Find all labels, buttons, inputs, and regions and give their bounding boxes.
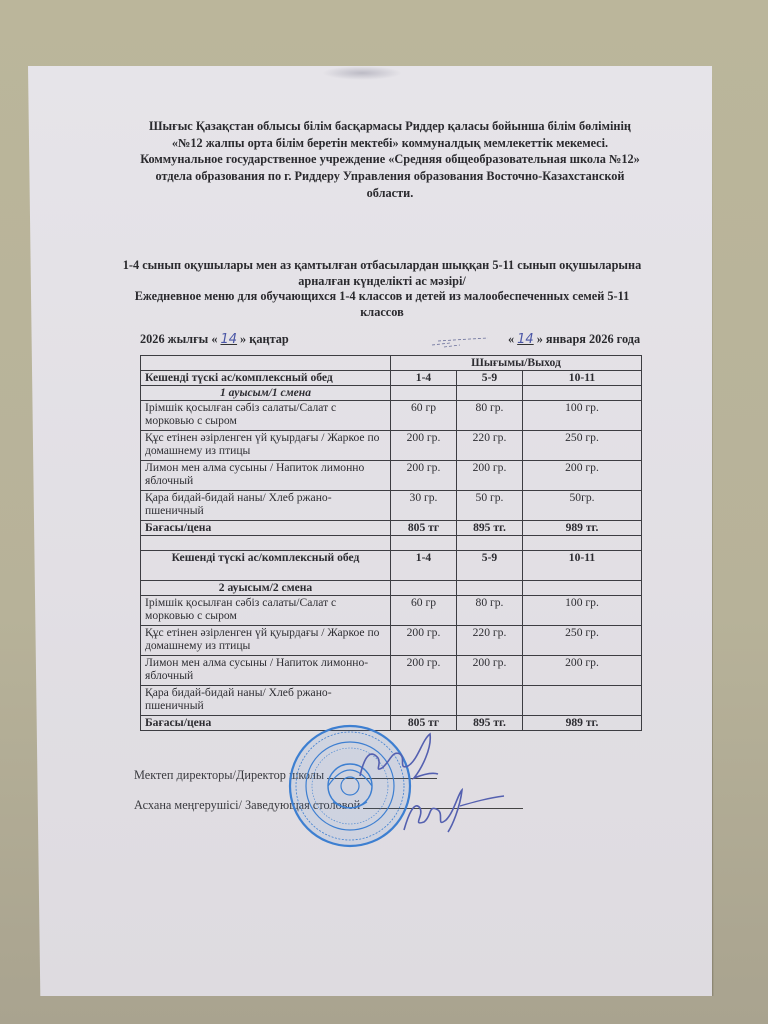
table-row: Ірімшік қосылған сәбіз салаты/Салат с мо… (141, 401, 642, 431)
meal-header: Кешенді түскі ас/комплексный обед (141, 551, 391, 581)
grade-col: 1-4 (391, 551, 457, 581)
handwritten-day: 14 (514, 332, 537, 347)
table-row: Кешенді түскі ас/комплексный обед 1-4 5-… (141, 371, 642, 386)
paper-crease-mark (322, 66, 402, 80)
grade-col: 5-9 (457, 371, 523, 386)
table-row: Лимон мен алма сусыны / Напиток лимонно-… (141, 656, 642, 686)
director-signature-icon (352, 728, 442, 786)
handwritten-day: 14 (218, 332, 241, 347)
table-header-row: Шығымы/Выход (141, 356, 642, 371)
grade-col: 10-11 (523, 371, 642, 386)
empty-cell (141, 356, 391, 371)
meal-header: Кешенді түскі ас/комплексный обед (141, 371, 391, 386)
table-row: Кешенді түскі ас/комплексный обед 1-4 5-… (141, 551, 642, 581)
header-russian: Коммунальное государственное учреждение … (140, 151, 640, 201)
pen-scribble-icon (430, 336, 490, 348)
date-russian: «14» января 2026 года (508, 332, 640, 347)
grade-col: 10-11 (523, 551, 642, 581)
date-kazakh: 2026 жылғы «14» қаңтар (140, 332, 289, 347)
table-row: Құс етінен әзірленген үй қуырдағы / Жарк… (141, 431, 642, 461)
header-kazakh: Шығыс Қазақстан облысы білім басқармасы … (140, 118, 640, 151)
title-kazakh: 1-4 сынып оқушылары мен аз қамтылған отб… (112, 258, 652, 289)
table-row: Қара бидай-бидай наны/ Хлеб ржано-пшенич… (141, 491, 642, 521)
grade-col: 5-9 (457, 551, 523, 581)
price-row: Бағасы/цена 805 тг 895 тг. 989 тг. (141, 521, 642, 536)
table-row: Лимон мен алма сусыны / Напиток лимонно … (141, 461, 642, 491)
date-suffix: » января 2026 года (537, 332, 640, 346)
date-prefix: 2026 жылғы « (140, 332, 218, 346)
output-header: Шығымы/Выход (391, 356, 642, 371)
grade-col: 1-4 (391, 371, 457, 386)
table-row: Ірімшік қосылған сәбіз салаты/Салат с мо… (141, 596, 642, 626)
table-row: Қара бидай-бидай наны/ Хлеб ржано-пшенич… (141, 686, 642, 716)
table-row: 1 ауысым/1 смена (141, 386, 642, 401)
shift-label: 1 ауысым/1 смена (141, 386, 391, 401)
table-row: 2 ауысым/2 смена (141, 581, 642, 596)
menu-table: Шығымы/Выход Кешенді түскі ас/комплексны… (140, 355, 642, 731)
document-header: Шығыс Қазақстан облысы білім басқармасы … (140, 118, 640, 202)
canteen-head-signature-icon (398, 786, 508, 836)
title-russian: Ежедневное меню для обучающихся 1-4 клас… (112, 289, 652, 320)
document-title: 1-4 сынып оқушылары мен аз қамтылған отб… (112, 258, 652, 320)
date-suffix: » қаңтар (240, 332, 289, 346)
table-row: Құс етінен әзірленген үй қуырдағы / Жарк… (141, 626, 642, 656)
shift-label: 2 ауысым/2 смена (141, 581, 391, 596)
empty-row (141, 536, 642, 551)
